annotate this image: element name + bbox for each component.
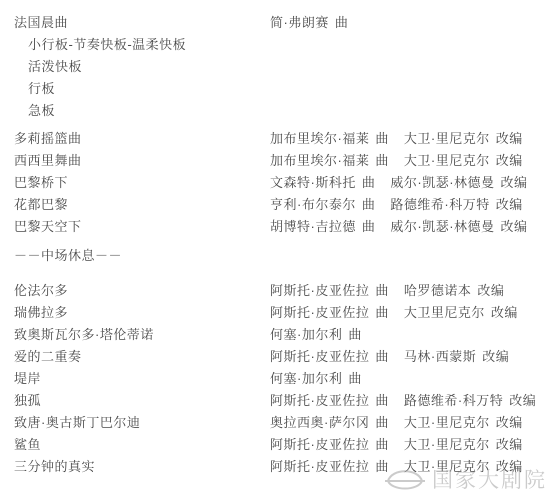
intermission-label: －－中场休息－－ [14, 245, 270, 264]
credit-role: 曲 [375, 131, 389, 146]
program-row: 巴黎天空下胡博特·吉拉德曲威尔·凯瑟·林德曼改编 [14, 214, 551, 236]
credit-name: 威尔·凯瑟·林德曼 [390, 175, 494, 190]
credit-name: 胡博特·吉拉德 [270, 219, 356, 234]
credit-role: 改编 [491, 305, 518, 320]
credit-role: 改编 [501, 175, 528, 190]
piece-title: 三分钟的真实 [14, 456, 270, 475]
credit-role: 改编 [501, 219, 528, 234]
credit-role: 曲 [375, 393, 389, 408]
piece-title: 伦法尔多 [14, 280, 270, 299]
credit-name: 阿斯托·皮亚佐拉 [270, 349, 369, 364]
piece-title: 法国晨曲 [14, 12, 270, 31]
program-row: 独孤阿斯托·皮亚佐拉曲路德维希·科万特改编 [14, 388, 551, 410]
credit-name: 大卫·里尼克尔 [404, 459, 490, 474]
credit-name: 阿斯托·皮亚佐拉 [270, 459, 369, 474]
credits: 阿斯托·皮亚佐拉曲大卫·里尼克尔改编 [270, 434, 523, 453]
program-row: 致奥斯瓦尔多·塔伦蒂诺何塞·加尔利曲 [14, 322, 551, 344]
credit-group: 亨利·布尔泰尔曲 [270, 194, 375, 213]
credit-group: 阿斯托·皮亚佐拉曲 [270, 280, 389, 299]
concert-program-page: 法国晨曲简·弗朗赛曲小行板-节奏快板-温柔快板活泼快板行板急板多莉摇篮曲加布里埃… [0, 0, 557, 499]
credit-role: 曲 [348, 327, 362, 342]
credit-name: 大卫·里尼克尔 [404, 131, 490, 146]
credit-role: 曲 [375, 283, 389, 298]
piece-title: 爱的二重奏 [14, 346, 270, 365]
program-row: 致唐·奥古斯丁巴尔迪奥拉西奥·萨尔冈曲大卫·里尼克尔改编 [14, 410, 551, 432]
piece-title: 多莉摇篮曲 [14, 128, 270, 147]
credit-group: 加布里埃尔·福莱曲 [270, 150, 389, 169]
piece-title: 致唐·奥古斯丁巴尔迪 [14, 412, 270, 431]
credit-role: 改编 [496, 459, 523, 474]
piece-title: 瑞佛拉多 [14, 302, 270, 321]
credit-group: 威尔·凯瑟·林德曼改编 [390, 216, 527, 235]
program-row: 三分钟的真实阿斯托·皮亚佐拉曲大卫·里尼克尔改编 [14, 454, 551, 476]
credit-role: 改编 [496, 153, 523, 168]
credits: 奥拉西奥·萨尔冈曲大卫·里尼克尔改编 [270, 412, 523, 431]
credit-name: 路德维希·科万特 [390, 197, 489, 212]
credits: 文森特·斯科托曲威尔·凯瑟·林德曼改编 [270, 172, 528, 191]
credit-group: 阿斯托·皮亚佐拉曲 [270, 456, 389, 475]
section-gap [14, 236, 551, 243]
credit-group: 奥拉西奥·萨尔冈曲 [270, 412, 389, 431]
piece-title: 鲨鱼 [14, 434, 270, 453]
credit-role: 改编 [496, 197, 523, 212]
movement-title: 小行板-节奏快板-温柔快板 [14, 34, 270, 53]
piece-title: 巴黎天空下 [14, 216, 270, 235]
movement-title: 活泼快板 [14, 56, 270, 75]
credit-group: 马林·西蒙斯改编 [404, 346, 509, 365]
program-row: 巴黎桥下文森特·斯科托曲威尔·凯瑟·林德曼改编 [14, 170, 551, 192]
program-row: 伦法尔多阿斯托·皮亚佐拉曲哈罗德诺本改编 [14, 278, 551, 300]
program-row: 西西里舞曲加布里埃尔·福莱曲大卫·里尼克尔改编 [14, 148, 551, 170]
credit-role: 曲 [362, 197, 376, 212]
piece-title: 花都巴黎 [14, 194, 270, 213]
credit-group: 文森特·斯科托曲 [270, 172, 375, 191]
program-list: 法国晨曲简·弗朗赛曲小行板-节奏快板-温柔快板活泼快板行板急板多莉摇篮曲加布里埃… [14, 10, 551, 476]
credit-role: 曲 [348, 371, 362, 386]
piece-title: 致奥斯瓦尔多·塔伦蒂诺 [14, 324, 270, 343]
credit-group: 大卫·里尼克尔改编 [404, 434, 523, 453]
credit-group: 何塞·加尔利曲 [270, 368, 362, 387]
credit-role: 改编 [482, 349, 509, 364]
section-gap [14, 265, 551, 278]
credit-role: 曲 [375, 459, 389, 474]
piece-title: 巴黎桥下 [14, 172, 270, 191]
credit-group: 阿斯托·皮亚佐拉曲 [270, 302, 389, 321]
credit-name: 文森特·斯科托 [270, 175, 356, 190]
credits: 胡博特·吉拉德曲威尔·凯瑟·林德曼改编 [270, 216, 528, 235]
credit-role: 曲 [375, 415, 389, 430]
credit-name: 奥拉西奥·萨尔冈 [270, 415, 369, 430]
credit-name: 大卫·里尼克尔 [404, 153, 490, 168]
movement-row: 行板 [14, 76, 551, 98]
movement-row: 急板 [14, 98, 551, 120]
credits: 简·弗朗赛曲 [270, 12, 348, 31]
credit-group: 威尔·凯瑟·林德曼改编 [390, 172, 527, 191]
credit-name: 威尔·凯瑟·林德曼 [390, 219, 494, 234]
credit-role: 改编 [496, 437, 523, 452]
piece-title: 堤岸 [14, 368, 270, 387]
program-row: 堤岸何塞·加尔利曲 [14, 366, 551, 388]
credit-group: 大卫·里尼克尔改编 [404, 150, 523, 169]
credit-name: 阿斯托·皮亚佐拉 [270, 305, 369, 320]
program-row: 瑞佛拉多阿斯托·皮亚佐拉曲大卫里尼克尔改编 [14, 300, 551, 322]
movement-title: 行板 [14, 78, 270, 97]
credit-name: 大卫·里尼克尔 [404, 437, 490, 452]
credit-group: 阿斯托·皮亚佐拉曲 [270, 346, 389, 365]
credits: 阿斯托·皮亚佐拉曲大卫·里尼克尔改编 [270, 456, 523, 475]
movement-row: 活泼快板 [14, 54, 551, 76]
credit-role: 曲 [375, 437, 389, 452]
credit-role: 曲 [362, 219, 376, 234]
program-row: 多莉摇篮曲加布里埃尔·福莱曲大卫·里尼克尔改编 [14, 126, 551, 148]
credit-name: 加布里埃尔·福莱 [270, 153, 369, 168]
credit-group: 大卫里尼克尔改编 [404, 302, 518, 321]
credit-group: 阿斯托·皮亚佐拉曲 [270, 390, 389, 409]
credit-group: 何塞·加尔利曲 [270, 324, 362, 343]
credit-role: 改编 [477, 283, 504, 298]
program-row: 花都巴黎亨利·布尔泰尔曲路德维希·科万特改编 [14, 192, 551, 214]
credit-name: 何塞·加尔利 [270, 371, 342, 386]
credit-role: 曲 [362, 175, 376, 190]
credit-name: 简·弗朗赛 [270, 15, 329, 30]
credit-name: 何塞·加尔利 [270, 327, 342, 342]
credits: 阿斯托·皮亚佐拉曲哈罗德诺本改编 [270, 280, 504, 299]
credits: 阿斯托·皮亚佐拉曲大卫里尼克尔改编 [270, 302, 518, 321]
credit-role: 曲 [375, 349, 389, 364]
program-row: 法国晨曲简·弗朗赛曲 [14, 10, 551, 32]
credit-group: 胡博特·吉拉德曲 [270, 216, 375, 235]
credit-role: 曲 [335, 15, 349, 30]
credits: 何塞·加尔利曲 [270, 368, 362, 387]
credit-group: 路德维希·科万特改编 [404, 390, 536, 409]
credit-group: 大卫·里尼克尔改编 [404, 412, 523, 431]
credit-role: 曲 [375, 305, 389, 320]
credits: 加布里埃尔·福莱曲大卫·里尼克尔改编 [270, 128, 523, 147]
credit-name: 马林·西蒙斯 [404, 349, 476, 364]
movement-row: 小行板-节奏快板-温柔快板 [14, 32, 551, 54]
credit-role: 改编 [509, 393, 536, 408]
credit-name: 大卫里尼克尔 [404, 305, 485, 320]
credit-name: 阿斯托·皮亚佐拉 [270, 393, 369, 408]
program-row: 鲨鱼阿斯托·皮亚佐拉曲大卫·里尼克尔改编 [14, 432, 551, 454]
program-row: 爱的二重奏阿斯托·皮亚佐拉曲马林·西蒙斯改编 [14, 344, 551, 366]
credit-group: 简·弗朗赛曲 [270, 12, 348, 31]
credit-role: 改编 [496, 131, 523, 146]
credit-group: 大卫·里尼克尔改编 [404, 128, 523, 147]
credits: 阿斯托·皮亚佐拉曲马林·西蒙斯改编 [270, 346, 509, 365]
credit-name: 路德维希·科万特 [404, 393, 503, 408]
credit-role: 改编 [496, 415, 523, 430]
credits: 加布里埃尔·福莱曲大卫·里尼克尔改编 [270, 150, 523, 169]
credit-group: 加布里埃尔·福莱曲 [270, 128, 389, 147]
credit-group: 大卫·里尼克尔改编 [404, 456, 523, 475]
credit-name: 大卫·里尼克尔 [404, 415, 490, 430]
credits: 阿斯托·皮亚佐拉曲路德维希·科万特改编 [270, 390, 536, 409]
credit-name: 阿斯托·皮亚佐拉 [270, 437, 369, 452]
credit-name: 亨利·布尔泰尔 [270, 197, 356, 212]
credit-role: 曲 [375, 153, 389, 168]
credit-name: 哈罗德诺本 [404, 283, 472, 298]
credits: 何塞·加尔利曲 [270, 324, 362, 343]
credit-group: 阿斯托·皮亚佐拉曲 [270, 434, 389, 453]
credit-name: 阿斯托·皮亚佐拉 [270, 283, 369, 298]
credit-name: 加布里埃尔·福莱 [270, 131, 369, 146]
credit-group: 路德维希·科万特改编 [390, 194, 522, 213]
credit-group: 哈罗德诺本改编 [404, 280, 505, 299]
movement-title: 急板 [14, 100, 270, 119]
credits: 亨利·布尔泰尔曲路德维希·科万特改编 [270, 194, 523, 213]
piece-title: 独孤 [14, 390, 270, 409]
intermission-row: －－中场休息－－ [14, 243, 551, 265]
piece-title: 西西里舞曲 [14, 150, 270, 169]
